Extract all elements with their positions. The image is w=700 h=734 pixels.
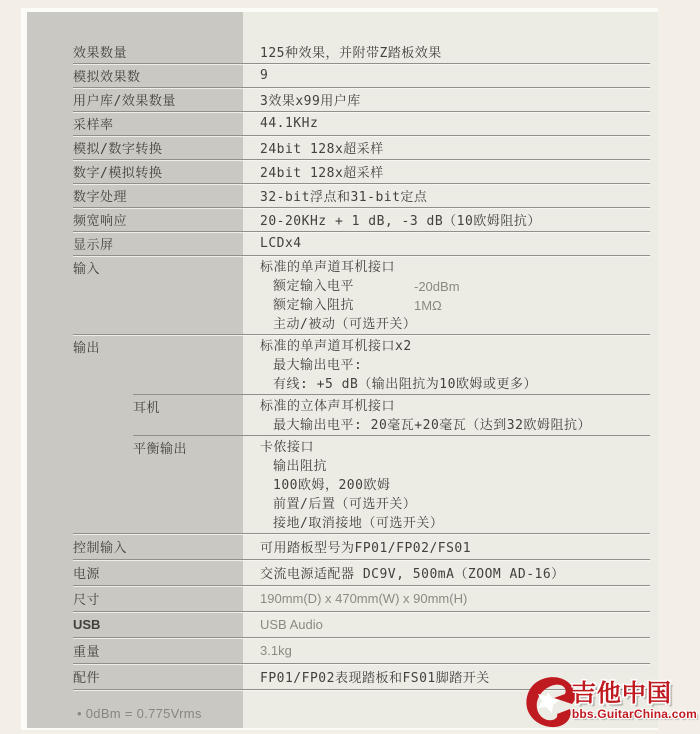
spec-section-output: 输出 标准的单声道耳机接口x2 最大输出电平: 有线: +5 dB（输出阻抗为1… <box>73 335 650 394</box>
balanced-line: 卡侬接口 <box>260 438 443 457</box>
spec-value: 交流电源适配器 DC9V, 500mA（ZOOM AD-16） <box>260 563 565 582</box>
spec-row-power: 电源 交流电源适配器 DC9V, 500mA（ZOOM AD-16） <box>73 560 650 586</box>
spec-label: 平衡输出 <box>133 438 260 457</box>
spec-label: 配件 <box>73 667 260 686</box>
spec-value: 190mm(D) x 470mm(W) x 90mm(H) <box>260 591 467 606</box>
spec-row-ad-conversion: 模拟/数字转换 24bit 128x超采样 <box>73 136 650 160</box>
headphone-line: 标准的立体声耳机接口 <box>260 397 591 416</box>
logo-site-url: bbs.GuitarChina.com <box>572 707 697 721</box>
input-active-passive: 主动/被动（可选开关） <box>260 315 460 334</box>
spec-label: 电源 <box>73 563 260 582</box>
spec-row-control-input: 控制输入 可用踏板型号为FP01/FP02/FS01 <box>73 534 650 560</box>
output-line: 有线: +5 dB（输出阻抗为10欧姆或更多） <box>260 375 537 394</box>
spec-row-frequency-response: 频宽响应 20-20KHz + 1 dB, -3 dB（10欧姆阻抗） <box>73 208 650 232</box>
spec-label: 数字/模拟转换 <box>73 162 260 181</box>
spec-value: 24bit 128x超采样 <box>260 138 384 157</box>
spec-label: 重量 <box>73 641 260 660</box>
output-group: 输出 标准的单声道耳机接口x2 最大输出电平: 有线: +5 dB（输出阻抗为1… <box>73 335 650 534</box>
spec-value: 24bit 128x超采样 <box>260 162 384 181</box>
spec-label: 尺寸 <box>73 589 260 608</box>
spec-value: 125种效果，并附带Z踏板效果 <box>260 42 442 61</box>
output-line: 标准的单声道耳机接口x2 <box>260 337 537 356</box>
spec-label: 显示屏 <box>73 234 260 253</box>
spec-label: 效果数量 <box>73 42 260 61</box>
spec-label: 频宽响应 <box>73 210 260 229</box>
spec-row-analog-effects: 模拟效果数 9 <box>73 64 650 88</box>
spec-label: 数字处理 <box>73 186 260 205</box>
balanced-line: 输出阻抗 <box>260 457 443 476</box>
output-line: 最大输出电平: <box>260 356 537 375</box>
spec-row-effects-count: 效果数量 125种效果，并附带Z踏板效果 <box>73 40 650 64</box>
spec-label: 输入 <box>73 258 260 277</box>
spec-table: 效果数量 125种效果，并附带Z踏板效果 模拟效果数 9 用户库/效果数量 3效… <box>73 40 650 690</box>
guitarchina-watermark: 吉他中国 bbs.GuitarChina.com <box>524 673 697 729</box>
spec-label: 模拟/数字转换 <box>73 138 260 157</box>
spec-row-sample-rate: 采样率 44.1KHz <box>73 112 650 136</box>
input-item-name: 额定输入阻抗 <box>273 296 414 315</box>
headphone-section-lines: 标准的立体声耳机接口 最大输出电平: 20毫瓦+20毫瓦（达到32欧姆阻抗） <box>260 397 591 435</box>
input-item-value: -20dBm <box>414 277 460 296</box>
spec-value: 20-20KHz + 1 dB, -3 dB（10欧姆阻抗） <box>260 210 541 229</box>
spec-row-dsp: 数字处理 32-bit浮点和31-bit定点 <box>73 184 650 208</box>
spec-label: 输出 <box>73 337 260 356</box>
spec-sheet-page: 效果数量 125种效果，并附带Z踏板效果 模拟效果数 9 用户库/效果数量 3效… <box>21 8 658 730</box>
spec-section-balanced-output: 平衡输出 卡侬接口 输出阻抗 100欧姆，200欧姆 前置/后置（可选开关） 接… <box>133 435 650 533</box>
balanced-line: 前置/后置（可选开关） <box>260 495 443 514</box>
input-rated-level-row: 额定输入电平 -20dBm <box>260 277 460 296</box>
spec-value: 3效果x99用户库 <box>260 90 361 109</box>
input-item-name: 额定输入电平 <box>273 277 414 296</box>
spec-label: 耳机 <box>133 397 260 416</box>
spec-value: 可用踏板型号为FP01/FP02/FS01 <box>260 537 471 556</box>
spec-value: 3.1kg <box>260 643 292 658</box>
screenshot-root: 效果数量 125种效果，并附带Z踏板效果 模拟效果数 9 用户库/效果数量 3效… <box>0 0 700 734</box>
balanced-line: 接地/取消接地（可选开关） <box>260 514 443 533</box>
input-intro: 标准的单声道耳机接口 <box>260 258 460 277</box>
logo-brand-name: 吉他中国 <box>572 681 672 707</box>
spec-row-user-banks: 用户库/效果数量 3效果x99用户库 <box>73 88 650 112</box>
spec-row-usb: USB USB Audio <box>73 612 650 638</box>
output-section-lines: 标准的单声道耳机接口x2 最大输出电平: 有线: +5 dB（输出阻抗为10欧姆… <box>260 337 537 394</box>
balanced-section-lines: 卡侬接口 输出阻抗 100欧姆，200欧姆 前置/后置（可选开关） 接地/取消接… <box>260 438 443 533</box>
spec-label: 用户库/效果数量 <box>73 90 260 109</box>
spec-section-input: 输入 标准的单声道耳机接口 额定输入电平 -20dBm 额定输入阻抗 1MΩ 主… <box>73 256 650 335</box>
spec-value: 9 <box>260 68 268 83</box>
spec-label: USB <box>73 617 260 632</box>
input-impedance-row: 额定输入阻抗 1MΩ <box>260 296 460 315</box>
spec-label: 模拟效果数 <box>73 66 260 85</box>
spec-section-headphone: 耳机 标准的立体声耳机接口 最大输出电平: 20毫瓦+20毫瓦（达到32欧姆阻抗… <box>133 394 650 435</box>
dragon-g-icon <box>524 673 578 729</box>
spec-label: 控制输入 <box>73 537 260 556</box>
headphone-line: 最大输出电平: 20毫瓦+20毫瓦（达到32欧姆阻抗） <box>260 416 591 435</box>
input-section-lines: 标准的单声道耳机接口 额定输入电平 -20dBm 额定输入阻抗 1MΩ 主动/被… <box>260 258 460 334</box>
spec-row-dimensions: 尺寸 190mm(D) x 470mm(W) x 90mm(H) <box>73 586 650 612</box>
spec-value: FP01/FP02表现踏板和FS01脚踏开关 <box>260 667 490 686</box>
dbm-footnote: • 0dBm = 0.775Vrms <box>77 706 202 721</box>
spec-label: 采样率 <box>73 114 260 133</box>
spec-value: 44.1KHz <box>260 116 318 131</box>
spec-value: 32-bit浮点和31-bit定点 <box>260 186 427 205</box>
spec-value: LCDx4 <box>260 236 302 251</box>
logo-text: 吉他中国 bbs.GuitarChina.com <box>572 681 697 721</box>
spec-value: USB Audio <box>260 617 323 632</box>
input-item-value: 1MΩ <box>414 296 442 315</box>
spec-row-da-conversion: 数字/模拟转换 24bit 128x超采样 <box>73 160 650 184</box>
balanced-line: 100欧姆，200欧姆 <box>260 476 443 495</box>
spec-row-display: 显示屏 LCDx4 <box>73 232 650 256</box>
spec-row-weight: 重量 3.1kg <box>73 638 650 664</box>
